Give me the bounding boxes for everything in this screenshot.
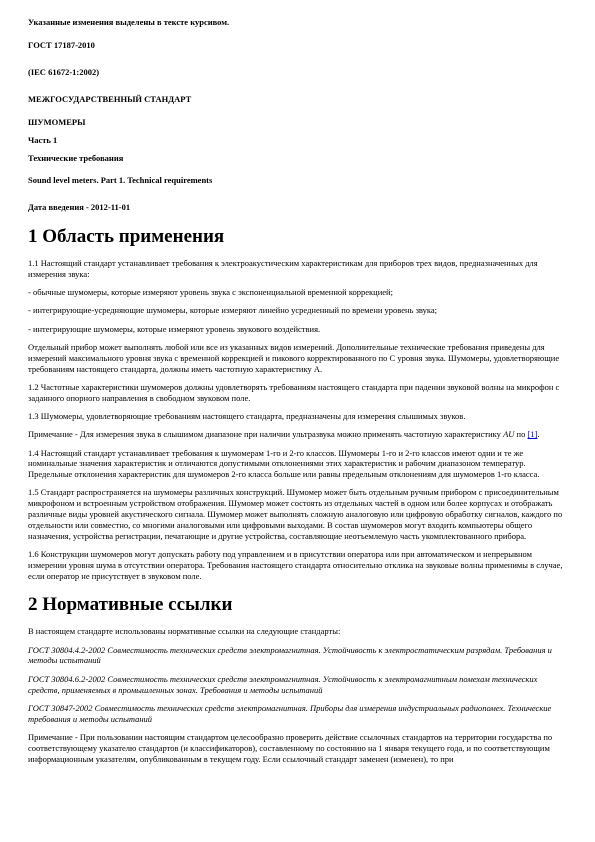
- reference-standard-2-title: Совместимость технических средств электр…: [28, 674, 537, 695]
- doc-title-en: Sound level meters. Part 1. Technical re…: [28, 175, 567, 186]
- paragraph-1-5: 1.5 Стандарт распространяется на шумомер…: [28, 487, 567, 541]
- section-1-heading: 1 Область применения: [28, 226, 567, 248]
- paragraph-1-4: 1.4 Настоящий стандарт устанавливает тре…: [28, 448, 567, 480]
- paragraph-1-3: 1.3 Шумомеры, удовлетворяющие требования…: [28, 411, 567, 422]
- reference-standard-3: ГОСТ 30847-2002 Совместимость технически…: [28, 703, 567, 725]
- reference-standard-1: ГОСТ 30804.4.2-2002 Совместимость технич…: [28, 645, 567, 667]
- reference-standard-2: ГОСТ 30804.6.2-2002 Совместимость технич…: [28, 674, 567, 696]
- paragraph-1-1: 1.1 Настоящий стандарт устанавливает тре…: [28, 258, 567, 280]
- document-page: Указанные изменения выделены в тексте ку…: [0, 0, 595, 842]
- list-item-ordinary-meters: - обычные шумомеры, которые измеряют уро…: [28, 287, 567, 298]
- list-item-integrating-averaging-meters: - интегрирующие-усредняющие шумомеры, ко…: [28, 305, 567, 316]
- note-au-characteristic: AU: [503, 429, 514, 439]
- reference-standard-3-title: Совместимость технических средств электр…: [28, 703, 551, 724]
- references-note: Примечание - При пользовании настоящим с…: [28, 732, 567, 764]
- reference-standard-2-number: ГОСТ 30804.6.2-2002: [28, 674, 105, 684]
- section-2-heading: 2 Нормативные ссылки: [28, 594, 567, 616]
- effective-date: Дата введения - 2012-11-01: [28, 202, 567, 213]
- note-ultrasound-text: Примечание - Для измерения звука в слыши…: [28, 429, 503, 439]
- doc-title-ru: ШУМОМЕРЫ: [28, 117, 567, 128]
- change-note: Указанные изменения выделены в тексте ку…: [28, 17, 567, 28]
- paragraph-1-2: 1.2 Частотные характеристики шумомеров д…: [28, 382, 567, 404]
- reference-standard-1-title: Совместимость технических средств электр…: [28, 645, 552, 666]
- doc-part: Часть 1: [28, 135, 567, 146]
- doc-subtitle-ru: Технические требования: [28, 153, 567, 164]
- doc-number: ГОСТ 17187-2010: [28, 40, 567, 51]
- references-intro: В настоящем стандарте использованы норма…: [28, 626, 567, 637]
- reference-standard-1-number: ГОСТ 30804.4.2-2002: [28, 645, 105, 655]
- doc-kind: МЕЖГОСУДАРСТВЕННЫЙ СТАНДАРТ: [28, 94, 567, 105]
- note-ultrasound-mid: по: [514, 429, 527, 439]
- reference-standard-3-number: ГОСТ 30847-2002: [28, 703, 92, 713]
- iec-reference: (IEC 61672-1:2002): [28, 67, 567, 78]
- paragraph-any-instrument: Отдельный прибор может выполнять любой и…: [28, 342, 567, 374]
- note-ultrasound: Примечание - Для измерения звука в слыши…: [28, 429, 567, 440]
- bibliography-reference-1-link[interactable]: [1]: [527, 429, 537, 439]
- list-item-integrating-meters: - интегрирующие шумомеры, которые измеря…: [28, 324, 567, 335]
- note-ultrasound-suffix: .: [537, 429, 539, 439]
- paragraph-1-6: 1.6 Конструкции шумомеров могут допускат…: [28, 549, 567, 581]
